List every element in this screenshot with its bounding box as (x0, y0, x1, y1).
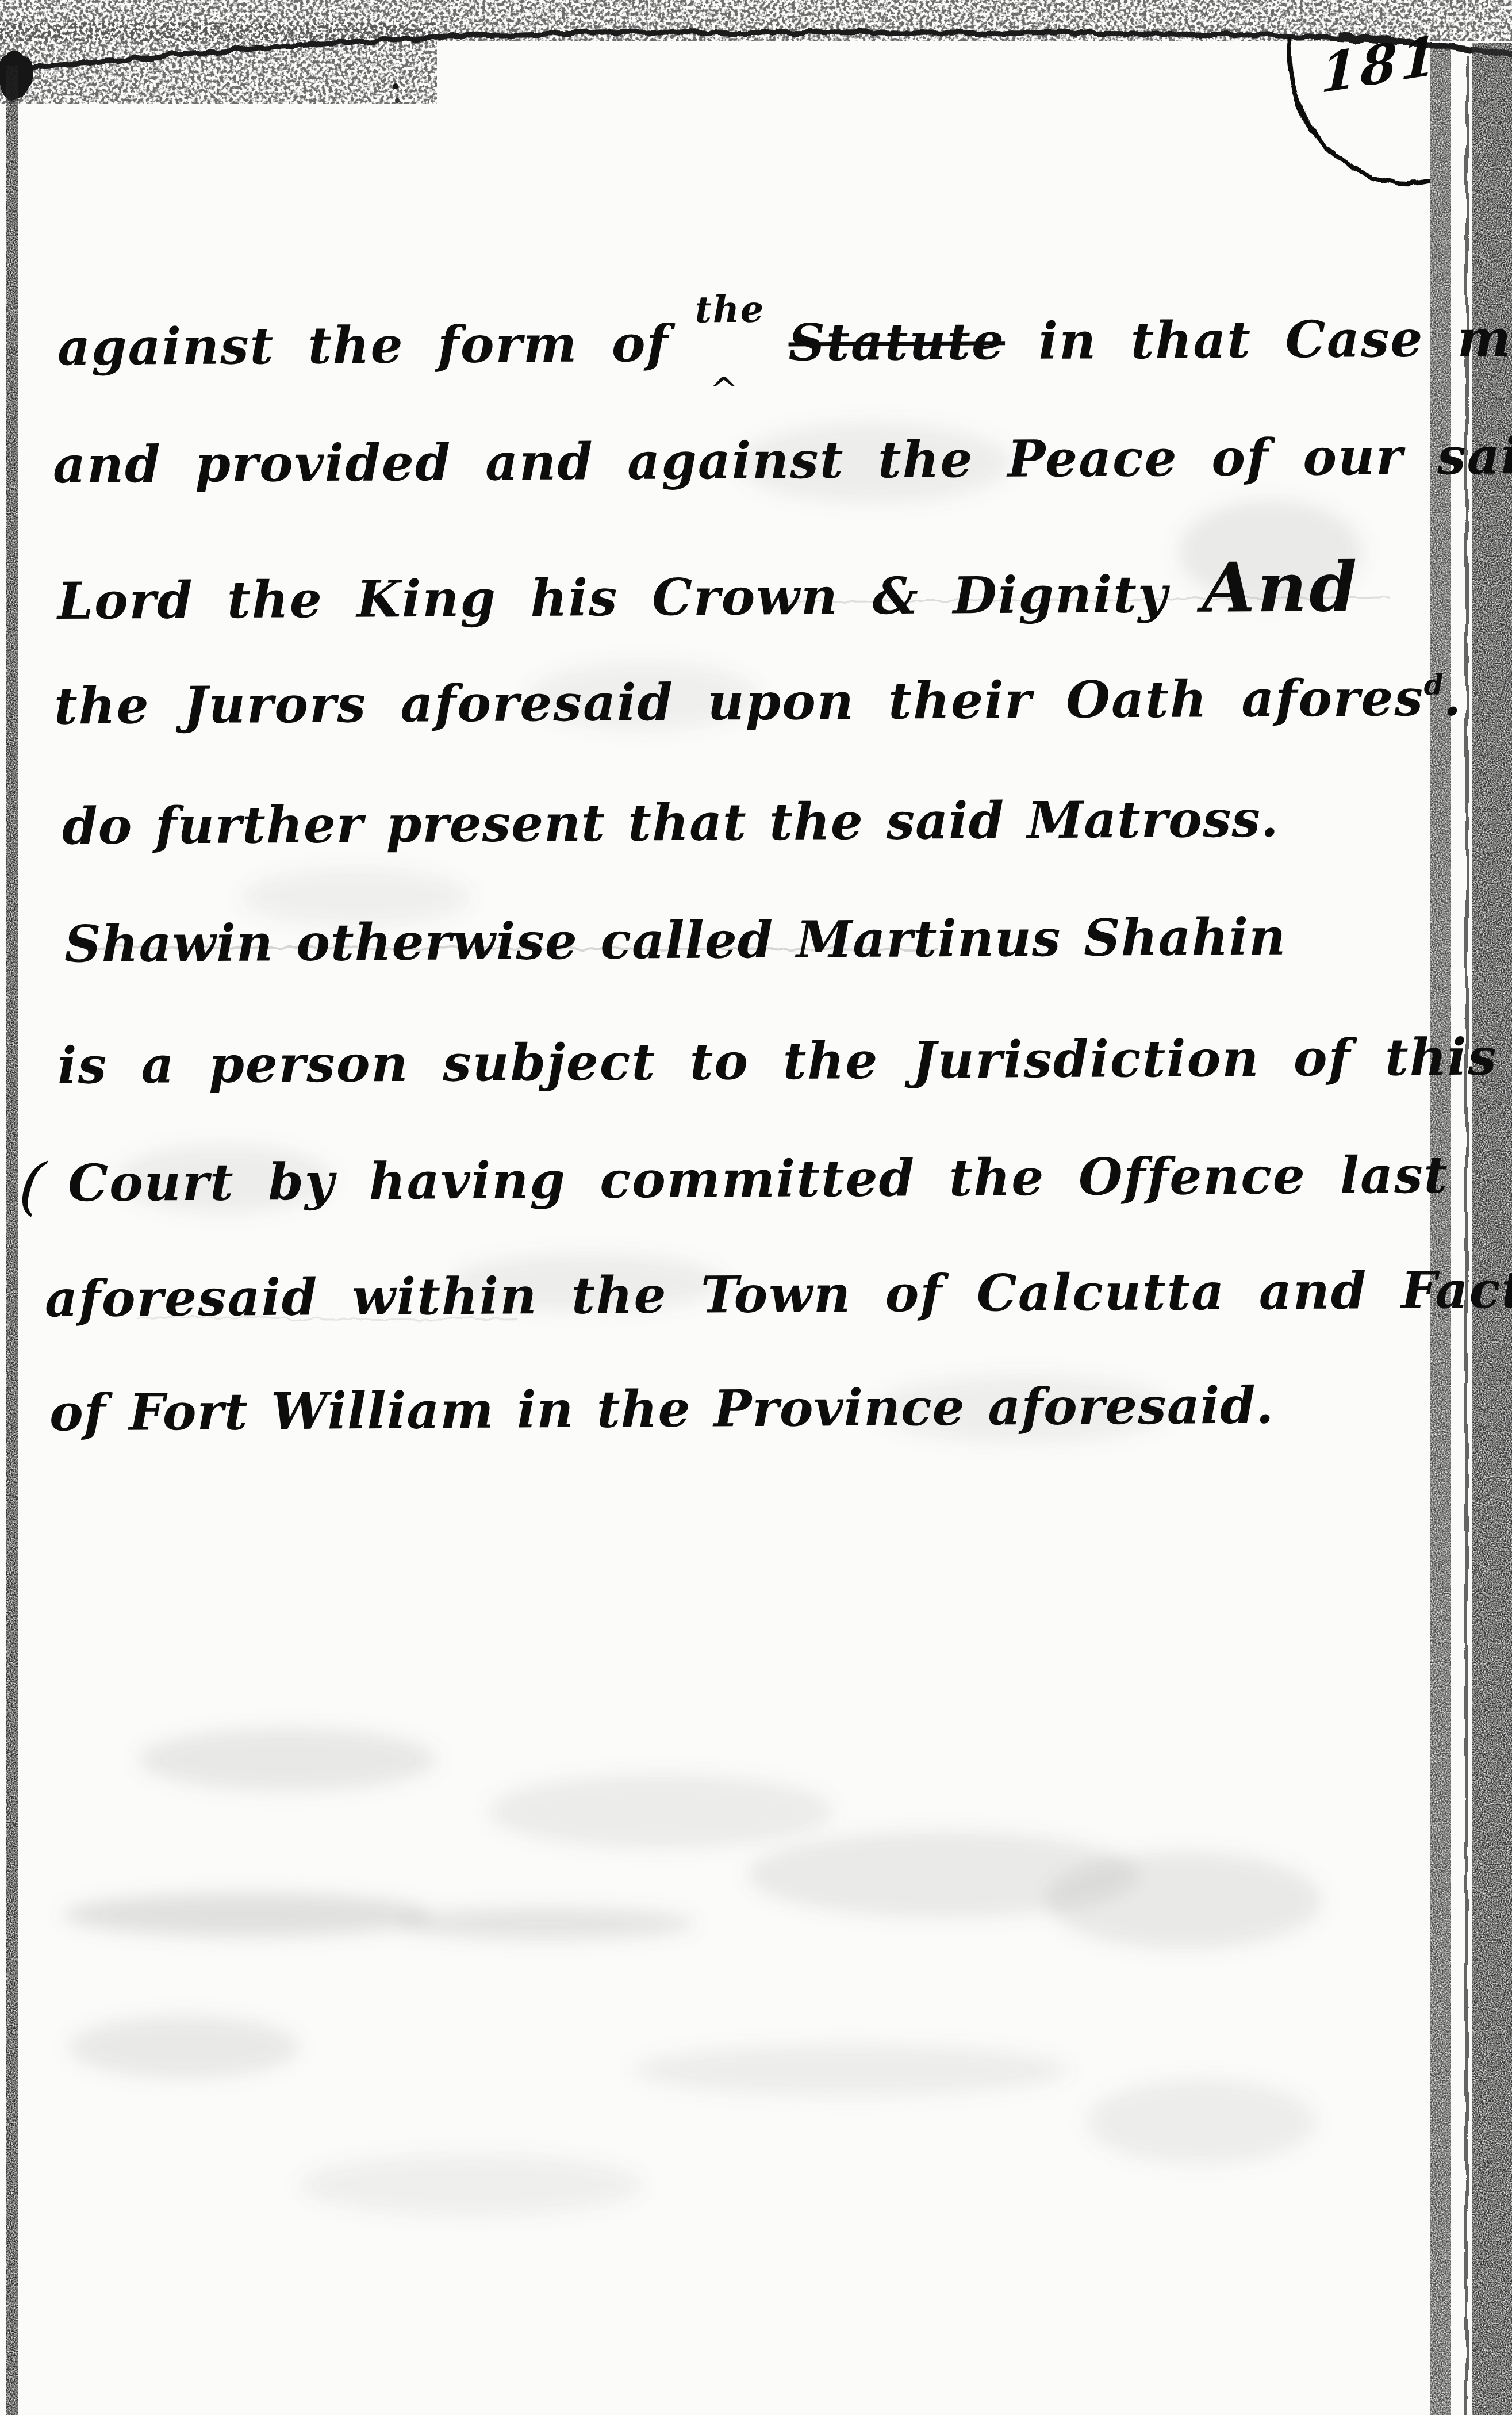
text-line-8: ( Court by having committed the Offence … (68, 1145, 1449, 1213)
text-line-4: the Jurors aforesaid upon their Oath afo… (54, 668, 1463, 736)
inserted-word: the (694, 288, 765, 331)
line-text: Shawin otherwise called Martinus Shahin (64, 907, 1287, 974)
handwritten-text-block: against the form of the^ Statute in that… (0, 0, 1512, 2415)
manuscript-page: 181 against the form of the^ Statute in … (0, 0, 1512, 2415)
line-text: is a person subject to the Jurisdiction … (57, 1026, 1498, 1095)
insertion-annotation: the^ (703, 355, 755, 361)
line-text: . (1443, 668, 1462, 727)
line-text: of Fort William in the Province aforesai… (49, 1375, 1275, 1442)
superscript-abbreviation: d (1424, 669, 1444, 701)
text-line-5: do further present that the said Matross… (62, 789, 1279, 856)
text-line-2: and provided and against the Peace of ou… (53, 425, 1512, 494)
line-text: against the form of (57, 313, 670, 377)
text-line-3: Lord the King his Crown & Dignity And (57, 547, 1360, 635)
line-text: do further present that the said Matross… (62, 789, 1279, 856)
text-line-7: is a person subject to the Jurisdiction … (57, 1026, 1498, 1095)
flourish-mark: ( (16, 1148, 49, 1224)
text-line-6: Shawin otherwise called Martinus Shahin (64, 907, 1287, 974)
text-line-9: aforesaid within the Town of Calcutta an… (45, 1259, 1512, 1329)
line-text: aforesaid within the Town of Calcutta an… (45, 1259, 1512, 1329)
emphasized-word: And (1202, 547, 1359, 628)
line-text: and provided and against the Peace of ou… (53, 425, 1512, 494)
line-text: the Jurors aforesaid upon their Oath afo… (54, 668, 1424, 736)
line-text: in that Case made (1038, 308, 1512, 371)
text-line-1: against the form of the^ Statute in that… (57, 308, 1512, 377)
text-line-10: of Fort William in the Province aforesai… (49, 1375, 1275, 1442)
line-text: Court by having committed the Offence la… (68, 1145, 1449, 1213)
struck-word: Statute (788, 311, 1005, 372)
caret-mark: ^ (709, 370, 740, 411)
line-text: Lord the King his Crown & Dignity (57, 564, 1169, 631)
